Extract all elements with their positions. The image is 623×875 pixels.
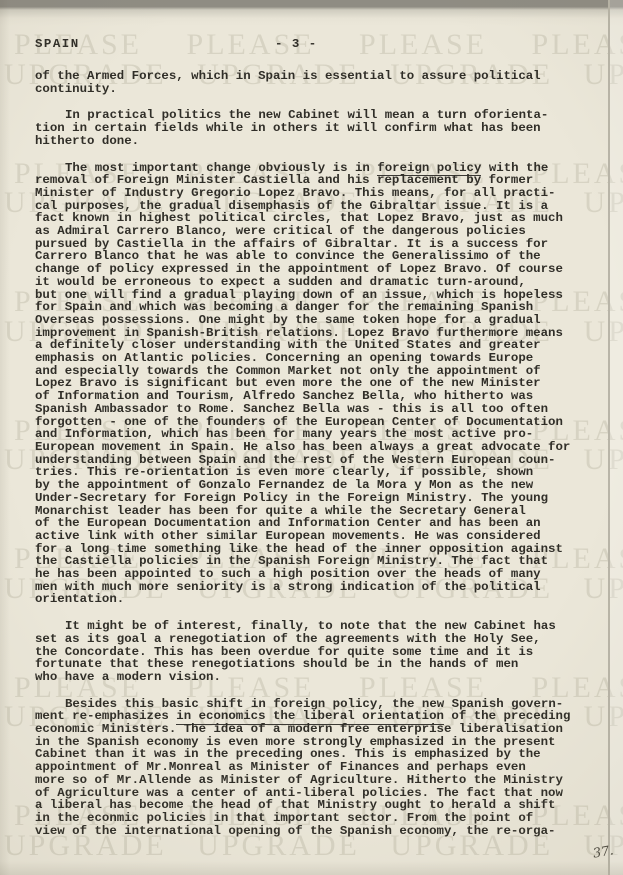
- text-line: it would be erroneous to expect a sudden…: [35, 276, 583, 289]
- text-line: orientation.: [35, 593, 583, 606]
- text-line: tion in certain fields while in others i…: [35, 122, 583, 135]
- paragraph: In practical politics the new Cabinet wi…: [35, 109, 583, 147]
- text-line: hitherto done.: [35, 135, 583, 148]
- text-line: Overseas possessions. One might by the s…: [35, 314, 583, 327]
- text-line: in the econmic policies in that importan…: [35, 812, 583, 825]
- text-line: of the European Documentation and Inform…: [35, 517, 583, 530]
- text-line: economic Ministers. The idea of a modern…: [35, 723, 583, 736]
- paragraph: Besides this basic shift in foreign poli…: [35, 698, 583, 838]
- text-line: who have a modern vision.: [35, 671, 583, 684]
- paragraph: of the Armed Forces, which in Spain is e…: [35, 70, 583, 95]
- paragraph: The most important change obviously is i…: [35, 162, 583, 607]
- text-line: continuity.: [35, 83, 583, 96]
- text-line: active link with other similar European …: [35, 530, 583, 543]
- text-line: Minister of Industry Gregorio Lopez Brav…: [35, 187, 583, 200]
- text-line: by the appointment of Gonzalo Fernandez …: [35, 479, 583, 492]
- text-line: more so of Mr.Allende as Minister of Agr…: [35, 774, 583, 787]
- text-line: Under-Secretary for Foreign Policy in th…: [35, 492, 583, 505]
- paper-edge-line: [608, 0, 610, 875]
- text-line: as Admiral Carrero Blanco, were critical…: [35, 225, 583, 238]
- text-line: It might be of interest, finally, to not…: [35, 620, 583, 633]
- text-line: he has been appointed to such a high pos…: [35, 568, 583, 581]
- document-body: of the Armed Forces, which in Spain is e…: [35, 70, 583, 851]
- text-line: European movement in Spain. He also has …: [35, 441, 583, 454]
- scan-left-shade: [0, 0, 10, 875]
- page-number: - 3 -: [275, 37, 317, 51]
- text-line: view of the international opening of the…: [35, 825, 583, 838]
- scan-bottom-shade: [0, 861, 623, 875]
- text-line: appointment of Mr.Monreal as Minister of…: [35, 761, 583, 774]
- document-title: SPAIN: [35, 37, 80, 51]
- text-line: of Information and Tourism, Alfredo Sanc…: [35, 390, 583, 403]
- paper-right-strip: [610, 0, 623, 875]
- paragraph: It might be of interest, finally, to not…: [35, 620, 583, 684]
- scan-top-band: [0, 0, 623, 26]
- page-header: SPAIN - 3 -: [35, 37, 580, 51]
- text-line: of the Armed Forces, which in Spain is e…: [35, 70, 583, 83]
- text-line: Spanish Ambassador to Rome. Sanchez Bell…: [35, 403, 583, 416]
- text-line: change of policy expressed in the appoin…: [35, 263, 583, 276]
- text-line: emphasis on Atlantic policies. Concernin…: [35, 352, 583, 365]
- text-line: set as its goal a renegotiation of the a…: [35, 633, 583, 646]
